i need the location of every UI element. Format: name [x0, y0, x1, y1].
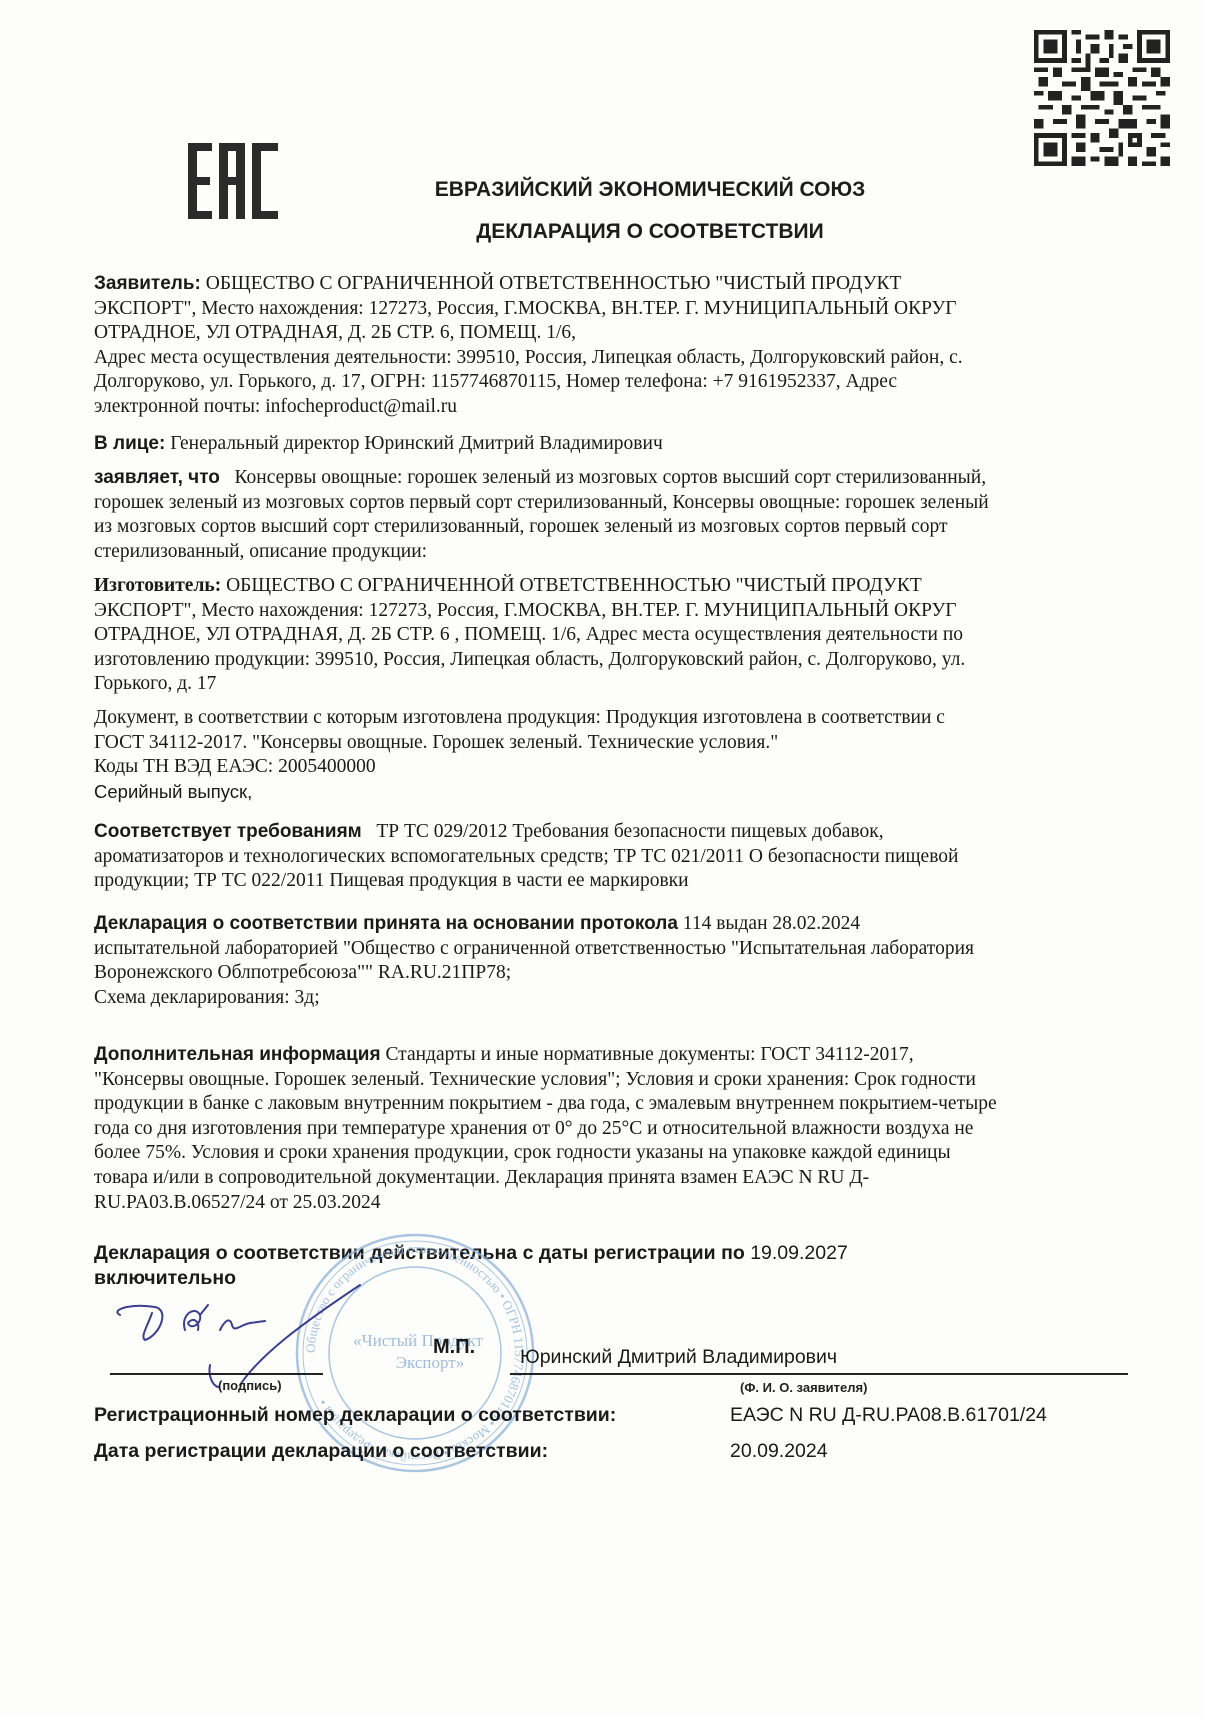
name-line — [510, 1373, 1128, 1375]
document-title: ДЕКЛАРАЦИЯ О СООТВЕТСТВИИ — [280, 220, 1020, 244]
applicant-section: Заявитель: ОБЩЕСТВО С ОГРАНИЧЕННОЙ ОТВЕТ… — [94, 272, 1144, 420]
seal-place-label: М.П. — [433, 1336, 475, 1359]
protocol-section: Декларация о соответствии принята на осн… — [94, 912, 1144, 1010]
declares-section: заявляет, что Консервы овощные: горошек … — [94, 466, 1144, 564]
qr-code-icon — [1034, 30, 1170, 166]
signature-caption: (подпись) — [218, 1378, 282, 1393]
validity-label: Декларация о соответствии действительна … — [94, 1242, 745, 1264]
registration-number-row: Регистрационный номер декларации о соотв… — [94, 1404, 1144, 1427]
registration-date-value: 20.09.2024 — [730, 1440, 828, 1463]
eac-logo-icon — [188, 143, 278, 219]
signature-line — [110, 1373, 323, 1375]
manufacturer-label: Изготовитель: — [94, 575, 221, 596]
manufacturer-section: Изготовитель: ОБЩЕСТВО С ОГРАНИЧЕННОЙ ОТ… — [94, 574, 1144, 697]
compliance-section: Соответствует требованиям ТР ТС 029/2012… — [94, 820, 1144, 894]
applicant-label: Заявитель: — [94, 273, 201, 294]
declaration-scheme: Схема декларирования: 3д; — [94, 986, 1144, 1011]
fio-caption: (Ф. И. О. заявителя) — [740, 1380, 867, 1395]
additional-info-section: Дополнительная информация Стандарты и ин… — [94, 1043, 1144, 1215]
document-section: Документ, в соответствии с которым изгот… — [94, 706, 1144, 804]
signer-name: Юринский Дмитрий Владимирович — [520, 1346, 837, 1369]
person-value: Генеральный директор Юринский Дмитрий Вл… — [170, 433, 663, 454]
person-section: В лице: Генеральный директор Юринский Дм… — [94, 432, 1144, 457]
registration-number-label: Регистрационный номер декларации о соотв… — [94, 1404, 616, 1426]
registration-date-row: Дата регистрации декларации о соответств… — [94, 1440, 1144, 1463]
registration-date-label: Дата регистрации декларации о соответств… — [94, 1440, 548, 1462]
release-type: Серийный выпуск, — [94, 780, 1144, 805]
protocol-label: Декларация о соответствии принята на осн… — [94, 913, 678, 934]
compliance-label: Соответствует требованиям — [94, 821, 362, 842]
person-label: В лице: — [94, 433, 165, 454]
validity-date: 19.09.2027 — [750, 1242, 848, 1264]
registration-number-value: ЕАЭС N RU Д-RU.PA08.B.61701/24 — [730, 1404, 1047, 1427]
declaration-page: ЕВРАЗИЙСКИЙ ЭКОНОМИЧЕСКИЙ СОЮЗ ДЕКЛАРАЦИ… — [0, 0, 1205, 1718]
additional-label: Дополнительная информация — [94, 1044, 381, 1065]
applicant-email: электронной почты: infocheproduct@mail.r… — [94, 395, 1144, 420]
hs-codes: Коды ТН ВЭД ЕАЭС: 2005400000 — [94, 755, 1144, 780]
validity-section: Декларация о соответствии действительна … — [94, 1241, 1144, 1290]
union-title: ЕВРАЗИЙСКИЙ ЭКОНОМИЧЕСКИЙ СОЮЗ — [280, 178, 1020, 202]
declares-label: заявляет, что — [94, 467, 220, 488]
